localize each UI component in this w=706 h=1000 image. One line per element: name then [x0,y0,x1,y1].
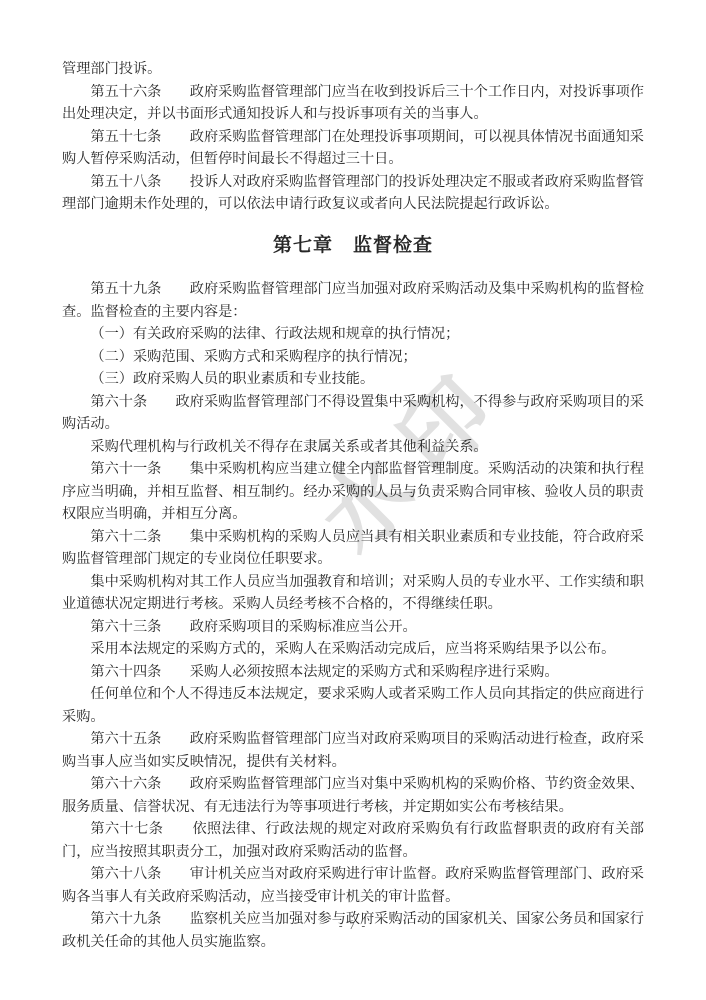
paragraph: 第六十四条 采购人必须按照本法规定的采购方式和采购程序进行采购。 [62,661,644,684]
document-page: 水印 管理部门投诉。第五十六条 政府采购监督管理部门应当在收到投诉后三十个工作日… [0,0,706,1000]
paragraph: 第五十七条 政府采购监督管理部门在处理投诉事项期间，可以视具体情况书面通知采购人… [62,126,644,171]
paragraph: 第六十三条 政府采购项目的采购标准应当公开。 [62,616,644,639]
paragraph-continuation: 管理部门投诉。 [62,58,644,81]
paragraph: 第五十九条 政府采购监督管理部门应当加强对政府采购活动及集中采购机构的监督检查。… [62,278,644,323]
page-number: - 7 - [0,920,706,932]
paragraph: 采购代理机构与行政机关不得存在隶属关系或者其他利益关系。 [62,436,644,459]
paragraph: 任何单位和个人不得违反本法规定，要求采购人或者采购工作人员向其指定的供应商进行采… [62,683,644,728]
paragraph: 采用本法规定的采购方式的，采购人在采购活动完成后，应当将采购结果予以公布。 [62,638,644,661]
paragraph: 第六十八条 审计机关应当对政府采购进行审计监督。政府采购监督管理部门、政府采购各… [62,863,644,908]
chapter-title: 第七章 监督检查 [62,235,644,258]
paragraph: 第六十条 政府采购监督管理部门不得设置集中采购机构，不得参与政府采购项目的采购活… [62,391,644,436]
paragraph: 第六十二条 集中采购机构的采购人员应当具有相关职业素质和专业技能，符合政府采购监… [62,526,644,571]
paragraph: 集中采购机构对其工作人员应当加强教育和培训；对采购人员的专业水平、工作实绩和职业… [62,571,644,616]
paragraph: 第六十六条 政府采购监督管理部门应当对集中采购机构的采购价格、节约资金效果、服务… [62,773,644,818]
paragraph: 第六十一条 集中采购机构应当建立健全内部监督管理制度。采购活动的决策和执行程序应… [62,458,644,526]
paragraph: 第五十八条 投诉人对政府采购监督管理部门的投诉处理决定不服或者政府采购监督管理部… [62,171,644,216]
paragraph: （一）有关政府采购的法律、行政法规和规章的执行情况； [62,323,644,346]
paragraph: 第六十五条 政府采购监督管理部门应当对政府采购项目的采购活动进行检查，政府采购当… [62,728,644,773]
paragraph: 第六十七条 依照法律、行政法规的规定对政府采购负有行政监督职责的政府有关部门，应… [62,818,644,863]
paragraph: （三）政府采购人员的职业素质和专业技能。 [62,368,644,391]
paragraph: （二）采购范围、采购方式和采购程序的执行情况； [62,346,644,369]
document-body: 管理部门投诉。第五十六条 政府采购监督管理部门应当在收到投诉后三十个工作日内，对… [62,58,644,953]
paragraph: 第五十六条 政府采购监督管理部门应当在收到投诉后三十个工作日内，对投诉事项作出处… [62,81,644,126]
